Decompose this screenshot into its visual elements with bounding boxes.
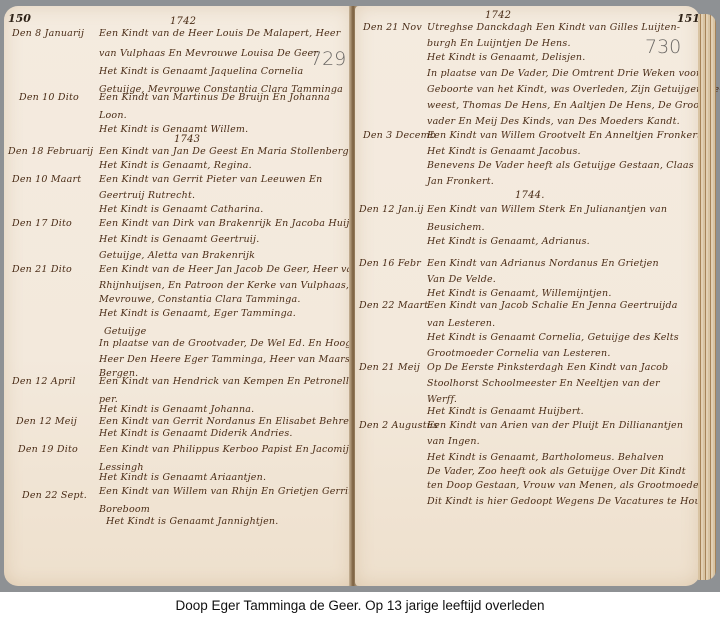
entry-text: Een Kindt van Philippus Kerboo Papist En… xyxy=(99,444,368,455)
entry-text: Getuijge, Aletta van Brakenrijk xyxy=(99,250,255,261)
year-heading: 1742 xyxy=(170,16,196,27)
entry-text: Het Kindt is Genaamt, Regina. xyxy=(99,160,252,171)
page-number-left: 150 xyxy=(8,12,31,25)
entry-date: Den 21 Meij xyxy=(359,362,420,373)
entry-date: Den 8 Januarij xyxy=(12,28,84,39)
entry-text: Een Kindt van Arien van der Pluijt En Di… xyxy=(427,420,683,431)
entry-text: Beusichem. xyxy=(427,222,485,233)
entry-text: Het Kindt is Genaamt, Willemijntjen. xyxy=(427,288,612,299)
entry-text: De Vader, Zoo heeft ook als Getuijge Ove… xyxy=(427,466,686,477)
entry-text: Boreboom xyxy=(99,504,150,515)
entry-text: Een Kindt van Willem van Rhijn En Grietj… xyxy=(99,486,370,497)
entry-text: Een Kindt van Gerrit Nordanus En Elisabe… xyxy=(99,416,361,427)
entry-date: Den 19 Dito xyxy=(18,444,78,455)
entry-text: Het Kindt is Genaamt Huijbert. xyxy=(427,406,584,417)
entry-text: burgh En Luijntjen De Hens. xyxy=(427,38,571,49)
entry-text: Een Kindt van Hendrick van Kempen En Pet… xyxy=(99,376,386,387)
entry-text: Het Kindt is Genaamt Catharina. xyxy=(99,204,263,215)
entry-text: Getuijge xyxy=(104,326,146,337)
entry-text: Het Kindt is Genaamt, Delisjen. xyxy=(427,52,585,63)
entry-text: Werff. xyxy=(427,394,457,405)
entry-text: Het Kindt is Genaamt, Adrianus. xyxy=(427,236,590,247)
entry-text: Een Kindt van Gerrit Pieter van Leeuwen … xyxy=(99,174,322,185)
entry-text: Het Kindt is Genaamt Geertruij. xyxy=(99,234,259,245)
entry-date: Den 10 Maart xyxy=(12,174,81,185)
entry-text: Utreghse Danckdagh Een Kindt van Gilles … xyxy=(427,22,680,33)
entry-text: Geboorte van het Kindt, was Overleden, Z… xyxy=(427,84,720,95)
entry-text: Het Kindt is Genaamt Johanna. xyxy=(99,404,254,415)
entry-text: Grootmoeder Cornelia van Lesteren. xyxy=(427,348,611,359)
entry-text: Het Kindt is Genaamt Diderik Andries. xyxy=(99,428,293,439)
year-heading: 1744. xyxy=(515,190,545,201)
page-number-right: 151 xyxy=(677,12,700,25)
entry-date: Den 21 Nov xyxy=(363,22,422,33)
right-page: 151 730 1742Den 21 NovUtreghse Danckdagh… xyxy=(355,6,700,586)
entry-text: Heer Den Heere Eger Tamminga, Heer van M… xyxy=(99,354,353,365)
entry-text: weest, Thomas De Hens, En Aaltjen De Hen… xyxy=(427,100,707,111)
entry-text: Het Kindt is Genaamt Cornelia, Getuijge … xyxy=(427,332,679,343)
entry-text: Een Kindt van Jacob Schalie En Jenna Gee… xyxy=(427,300,678,311)
entry-text: Het Kindt is Genaamt Jaquelina Cornelia xyxy=(99,66,303,77)
entry-text: Rhijnhuijsen, En Patroon der Kerke van V… xyxy=(99,280,366,291)
entry-text: Een Kindt van de Heer Jan Jacob De Geer,… xyxy=(99,264,359,275)
year-heading: 1743 xyxy=(174,134,200,145)
entry-text: Het Kindt is Genaamt Jacobus. xyxy=(427,146,581,157)
entry-text: Stoolhorst Schoolmeester En Neeltjen van… xyxy=(427,378,660,389)
entry-text: In plaatse van De Vader, Die Omtrent Dri… xyxy=(427,68,716,79)
entry-text: Op De Eerste Pinksterdagh Een Kindt van … xyxy=(427,362,668,373)
entry-date: Den 16 Febr xyxy=(359,258,421,269)
image-caption: Doop Eger Tamminga de Geer. Op 13 jarige… xyxy=(0,598,720,613)
entry-text: Van De Velde. xyxy=(427,274,496,285)
entry-text: Geertruij Rutrecht. xyxy=(99,190,195,201)
page-edges xyxy=(698,14,716,580)
year-heading: 1742 xyxy=(485,10,511,21)
left-page: 150 729 1742Den 8 JanuarijEen Kindt van … xyxy=(4,6,352,586)
register-photo: 150 729 1742Den 8 JanuarijEen Kindt van … xyxy=(0,0,720,592)
entry-text: Het Kindt is Genaamt, Bartholomeus. Beha… xyxy=(427,452,664,463)
entry-text: Jan Fronkert. xyxy=(427,176,494,187)
entry-date: Den 22 Sept. xyxy=(22,490,87,501)
entry-text: Loon. xyxy=(99,110,127,121)
entry-text: van Ingen. xyxy=(427,436,480,447)
entry-text: Een Kindt van Willem Sterk En Julianantj… xyxy=(427,204,667,215)
entry-date: Den 12 Meij xyxy=(16,416,77,427)
entry-text: Een Kindt van Willem Grootvelt En Annelt… xyxy=(427,130,701,141)
entry-date: Den 17 Dito xyxy=(12,218,72,229)
entry-text: Een Kindt van Dirk van Brakenrijk En Jac… xyxy=(99,218,377,229)
entry-text: Een Kindt van Adrianus Nordanus En Griet… xyxy=(427,258,659,269)
entry-text: Het Kindt is Genaamt, Eger Tamminga. xyxy=(99,308,296,319)
entry-date: Den 21 Dito xyxy=(12,264,72,275)
entry-text: Benevens De Vader heeft als Getuijge Ges… xyxy=(427,160,694,171)
archive-number-right: 730 xyxy=(645,36,681,58)
entry-text: Een Kindt van de Heer Louis De Malapert,… xyxy=(99,28,340,39)
entry-text: Dit Kindt is hier Gedoopt Wegens De Vaca… xyxy=(427,496,717,507)
entry-text: Mevrouwe, Constantia Clara Tamminga. xyxy=(99,294,301,305)
entry-text: van Lesteren. xyxy=(427,318,495,329)
entry-text: Het Kindt is Genaamt Jannightjen. xyxy=(106,516,278,527)
entry-text: van Vulphaas En Mevrouwe Louisa De Geer xyxy=(99,48,318,59)
entry-text: ten Doop Gestaan, Vrouw van Menen, als G… xyxy=(427,480,704,491)
entry-date: Den 12 April xyxy=(12,376,75,387)
entry-date: Den 18 Februarij xyxy=(8,146,93,157)
entry-date: Den 12 Jan.ij xyxy=(359,204,424,215)
entry-text: Een Kindt van Jan De Geest En Maria Stol… xyxy=(99,146,355,157)
entry-date: Den 10 Dito xyxy=(19,92,79,103)
entry-date: Den 3 Decemb xyxy=(363,130,436,141)
entry-text: Het Kindt is Genaamt Ariaantjen. xyxy=(99,472,266,483)
entry-date: Den 22 Maart xyxy=(359,300,428,311)
entry-text: vader En Meij Des Kinds, van Des Moeders… xyxy=(427,116,680,127)
entry-text: Een Kindt van Martinus De Bruijn En Joha… xyxy=(99,92,330,103)
